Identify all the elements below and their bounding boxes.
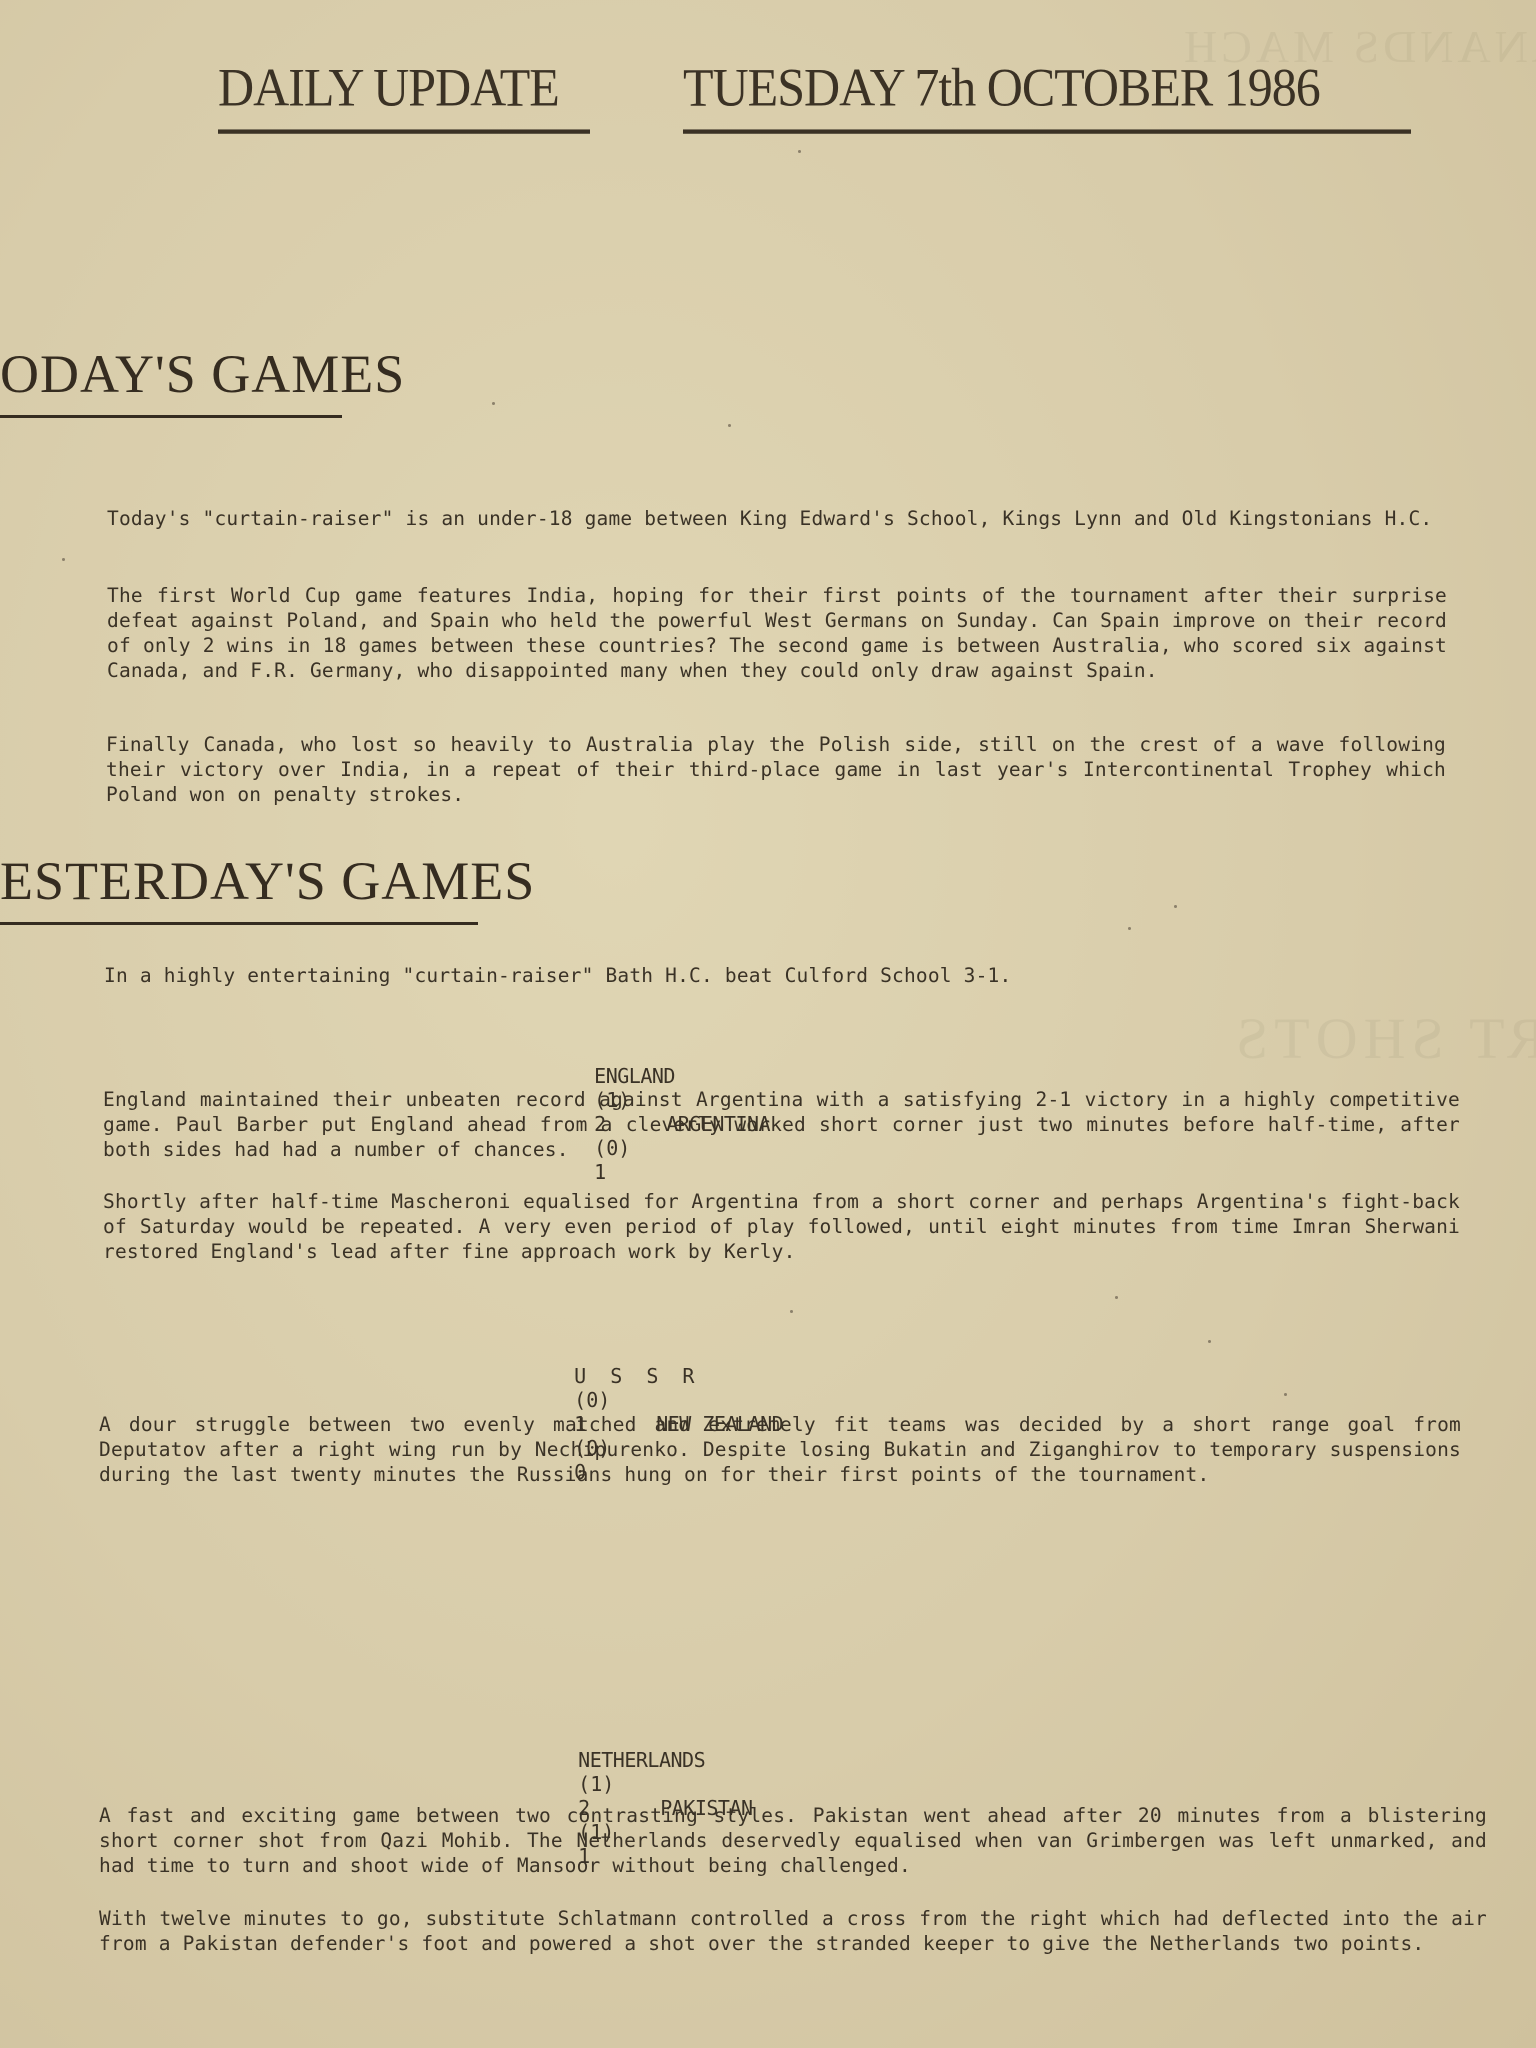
yesterdays-games-heading: ESTERDAY'S GAMES [0,850,478,925]
home-team: NETHERLANDS [578,1748,705,1772]
masthead-title: DAILY UPDATE [218,56,590,134]
paper-speck [798,150,801,153]
home-halftime-score: (0) [574,1388,610,1412]
home-team: U S S R [574,1364,700,1388]
paper-speck [728,424,731,427]
todays-games-heading: ODAY'S GAMES [0,343,342,418]
match-report-paragraph: A fast and exciting game between two con… [99,1803,1487,1878]
home-team: ENGLAND [594,1064,675,1088]
match-report-paragraph: England maintained their unbeaten record… [103,1087,1460,1162]
todays-paragraph: The first World Cup game features India,… [107,583,1447,683]
paper-speck [1174,905,1177,908]
match-report-paragraph: Shortly after half-time Mascheroni equal… [103,1189,1460,1264]
paper-speck [1128,927,1131,930]
document-page: KERNANDS MACH SHORT SHOTS DAILY UPDATE T… [0,0,1536,2048]
paper-speck [1115,1296,1118,1299]
paper-speck [62,558,65,561]
away-score: 1 [594,1160,606,1184]
match-report-paragraph: A dour struggle between two evenly match… [99,1412,1461,1487]
paper-speck [1208,1340,1211,1343]
paper-speck [492,402,495,405]
home-halftime-score: (1) [578,1772,614,1796]
bleed-through-text: SHORT SHOTS [1230,1005,1536,1072]
paper-speck [1284,1393,1287,1396]
curtain-raiser-result: In a highly entertaining "curtain-raiser… [104,963,1444,988]
masthead-date: TUESDAY 7th OCTOBER 1986 [683,56,1411,134]
todays-paragraph: Finally Canada, who lost so heavily to A… [106,732,1446,807]
match-report-paragraph: With twelve minutes to go, substitute Sc… [99,1906,1487,1956]
todays-paragraph: Today's "curtain-raiser" is an under-18 … [107,506,1447,531]
paper-speck [790,1310,793,1313]
